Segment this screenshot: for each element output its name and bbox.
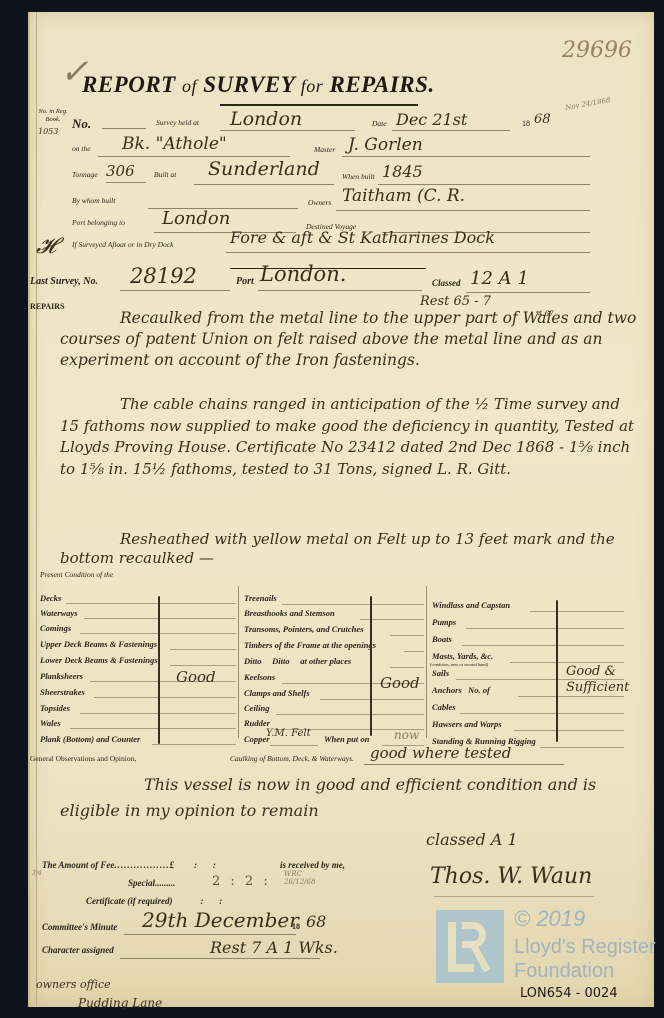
repairs-paragraph-1: Recaulked from the metal line to the upp… <box>60 308 640 371</box>
year-prefix: 18 <box>522 119 530 128</box>
footnote-line-1: owners office <box>36 978 111 991</box>
on-the-label: on the <box>72 144 91 153</box>
copper-value: Y.M. Felt <box>266 728 311 739</box>
last-survey-port-label: Port <box>236 276 254 287</box>
col3-note: (condition, new or second hand) <box>430 662 488 667</box>
repairs-paragraph-2: The cable chains ranged in anticipation … <box>60 394 640 480</box>
when-put-on-label: When put on <box>324 734 369 744</box>
margin-mark: 3/4 <box>32 870 42 877</box>
last-survey-port-value: London. <box>260 262 346 286</box>
date-value: Dec 21st <box>396 110 467 129</box>
watermark-org-line1: Lloyd's Register <box>514 936 656 959</box>
opinion-text: This vessel is now in good and efficient… <box>60 772 630 824</box>
footnote-line-2: Pudding Lane <box>78 996 162 1010</box>
condition-row: Anchors No. of <box>432 685 490 695</box>
present-condition-heading: Present Condition of the <box>40 570 113 579</box>
date-label: Date <box>372 119 387 128</box>
ship-name-value: Bk. "Athole" <box>122 134 227 154</box>
dock-label: If Surveyed Afloat or in Dry Dock <box>72 240 174 249</box>
watermark-copyright: © 2019 <box>514 906 585 932</box>
special-value: 2 : 2 : <box>212 874 271 889</box>
port-belonging-label: Port belonging to <box>72 218 125 227</box>
committee-minute-label: Committee's Minute <box>42 922 117 932</box>
condition-row: Decks <box>40 593 61 603</box>
general-observations-label: General Observations and Opinion, <box>30 754 136 763</box>
owners-value: Taitham (C. R. <box>342 186 465 206</box>
corner-date-mark: Nov 24/1868 <box>565 96 611 112</box>
built-at-label: Built at <box>154 170 176 179</box>
condition-row: Ceiling <box>244 703 270 713</box>
classed-label: Classed <box>432 278 461 288</box>
survey-held-label: Survey held at <box>156 118 199 127</box>
initials-mark: 𝓗 <box>36 234 56 259</box>
condition-row: Lower Deck Beams & Fastenings <box>40 655 158 665</box>
port-belonging-value: London <box>162 208 230 229</box>
fee-initials: WRC 26/12/68 <box>284 870 314 886</box>
repairs-paragraph-3: Resheathed with yellow metal on Felt up … <box>60 530 640 568</box>
received-label: is received by me, <box>280 860 345 870</box>
condition-row: Upper Deck Beams & Fastenings <box>40 639 157 649</box>
condition-row: Ditto Ditto at other places <box>244 656 351 666</box>
minute-year-prefix: 18 <box>292 922 300 931</box>
character-assigned-value: Rest 7 A 1 Wks. <box>210 938 338 957</box>
condition-row: Waterways <box>40 608 78 618</box>
by-whom-built-label: By whom built <box>72 196 115 205</box>
condition-row: Sails <box>432 668 449 678</box>
rest-note: Rest 65 - 7 <box>420 294 491 309</box>
minute-year: 68 <box>306 912 326 931</box>
condition-row: Masts, Yards, &c. <box>432 651 493 661</box>
committee-minute-value: 29th December <box>142 908 299 932</box>
opinion-classed: classed A 1 <box>426 830 518 849</box>
classed-value: 12 A 1 <box>470 268 529 289</box>
survey-held-value: London <box>230 108 302 130</box>
condition-row: Hawsers and Warps <box>432 719 502 729</box>
condition-row: Boats <box>432 634 452 644</box>
brace-col1 <box>158 596 160 744</box>
dock-value: Fore & aft & St Katharines Dock <box>230 228 495 247</box>
no-label: No. <box>72 116 91 132</box>
owners-label: Owners <box>308 198 331 207</box>
condition-row: Transoms, Pointers, and Crutches <box>244 624 363 634</box>
condition-row: Windlass and Capstan <box>432 600 510 610</box>
master-label: Master <box>314 145 335 154</box>
condition-row: Breasthooks and Stemson <box>244 608 335 618</box>
when-put-on-value: now <box>394 728 419 742</box>
reg-book-label: No. in Reg. Book. <box>38 108 68 124</box>
condition-row: Timbers of the Frame at the openings <box>244 640 376 650</box>
title-rule <box>220 104 418 106</box>
reg-book-value: 1053 <box>38 127 58 136</box>
condition-row: Plank (Bottom) and Counter <box>40 734 140 744</box>
archive-reference: LON654 - 0024 <box>520 986 618 1001</box>
tonnage-label: Tonnage <box>72 170 98 179</box>
brace-col2 <box>370 596 372 736</box>
character-assigned-label: Character assigned <box>42 945 114 955</box>
brace-col3 <box>556 600 558 742</box>
certificate-label: Certificate (if required): : <box>86 896 222 906</box>
condition-row: Cables <box>432 702 456 712</box>
survey-report-document: ✓ 29696 Nov 24/1868 REPORT of SURVEY for… <box>28 12 654 1007</box>
built-at-value: Sunderland <box>208 158 320 180</box>
when-built-label: When built <box>342 172 375 181</box>
condition-row: Clamps and Shelfs <box>244 688 310 698</box>
lloyds-register-logo <box>436 910 504 983</box>
condition-row: Treenails <box>244 593 277 603</box>
col3-condition-value: Good & Sufficient <box>566 664 646 696</box>
caulking-value: good where tested <box>370 744 511 762</box>
surveyor-signature: Thos. W. Waun <box>430 864 592 889</box>
condition-row: Planksheers <box>40 671 83 681</box>
when-built-value: 1845 <box>382 162 423 181</box>
last-survey-number: 28192 <box>130 264 197 288</box>
col2-condition-value: Good <box>380 674 420 692</box>
condition-row: Wales <box>40 718 61 728</box>
condition-row: Keelsons <box>244 672 275 682</box>
condition-row: Topsides <box>40 703 70 713</box>
master-value: J. Gorlen <box>348 135 423 155</box>
condition-row: Sheerstrakes <box>40 687 85 697</box>
watermark-org-line2: Foundation <box>514 960 614 983</box>
condition-row: Pumps <box>432 617 456 627</box>
col1-condition-value: Good <box>176 668 216 686</box>
page-title: REPORT of SURVEY for REPAIRS. <box>82 72 435 98</box>
year-value: 68 <box>534 112 551 127</box>
condition-row: Rudder <box>244 718 270 728</box>
last-survey-label: Last Survey, No. <box>30 276 98 287</box>
condition-row: Comings <box>40 623 71 633</box>
special-label: Special......... <box>128 878 175 888</box>
caulking-label: Caulking of Bottom, Deck, & Waterways. <box>230 754 354 763</box>
document-number: 29696 <box>562 38 632 63</box>
tonnage-value: 306 <box>106 162 135 180</box>
fee-amount-label: The Amount of Fee.................£: : <box>42 860 216 870</box>
